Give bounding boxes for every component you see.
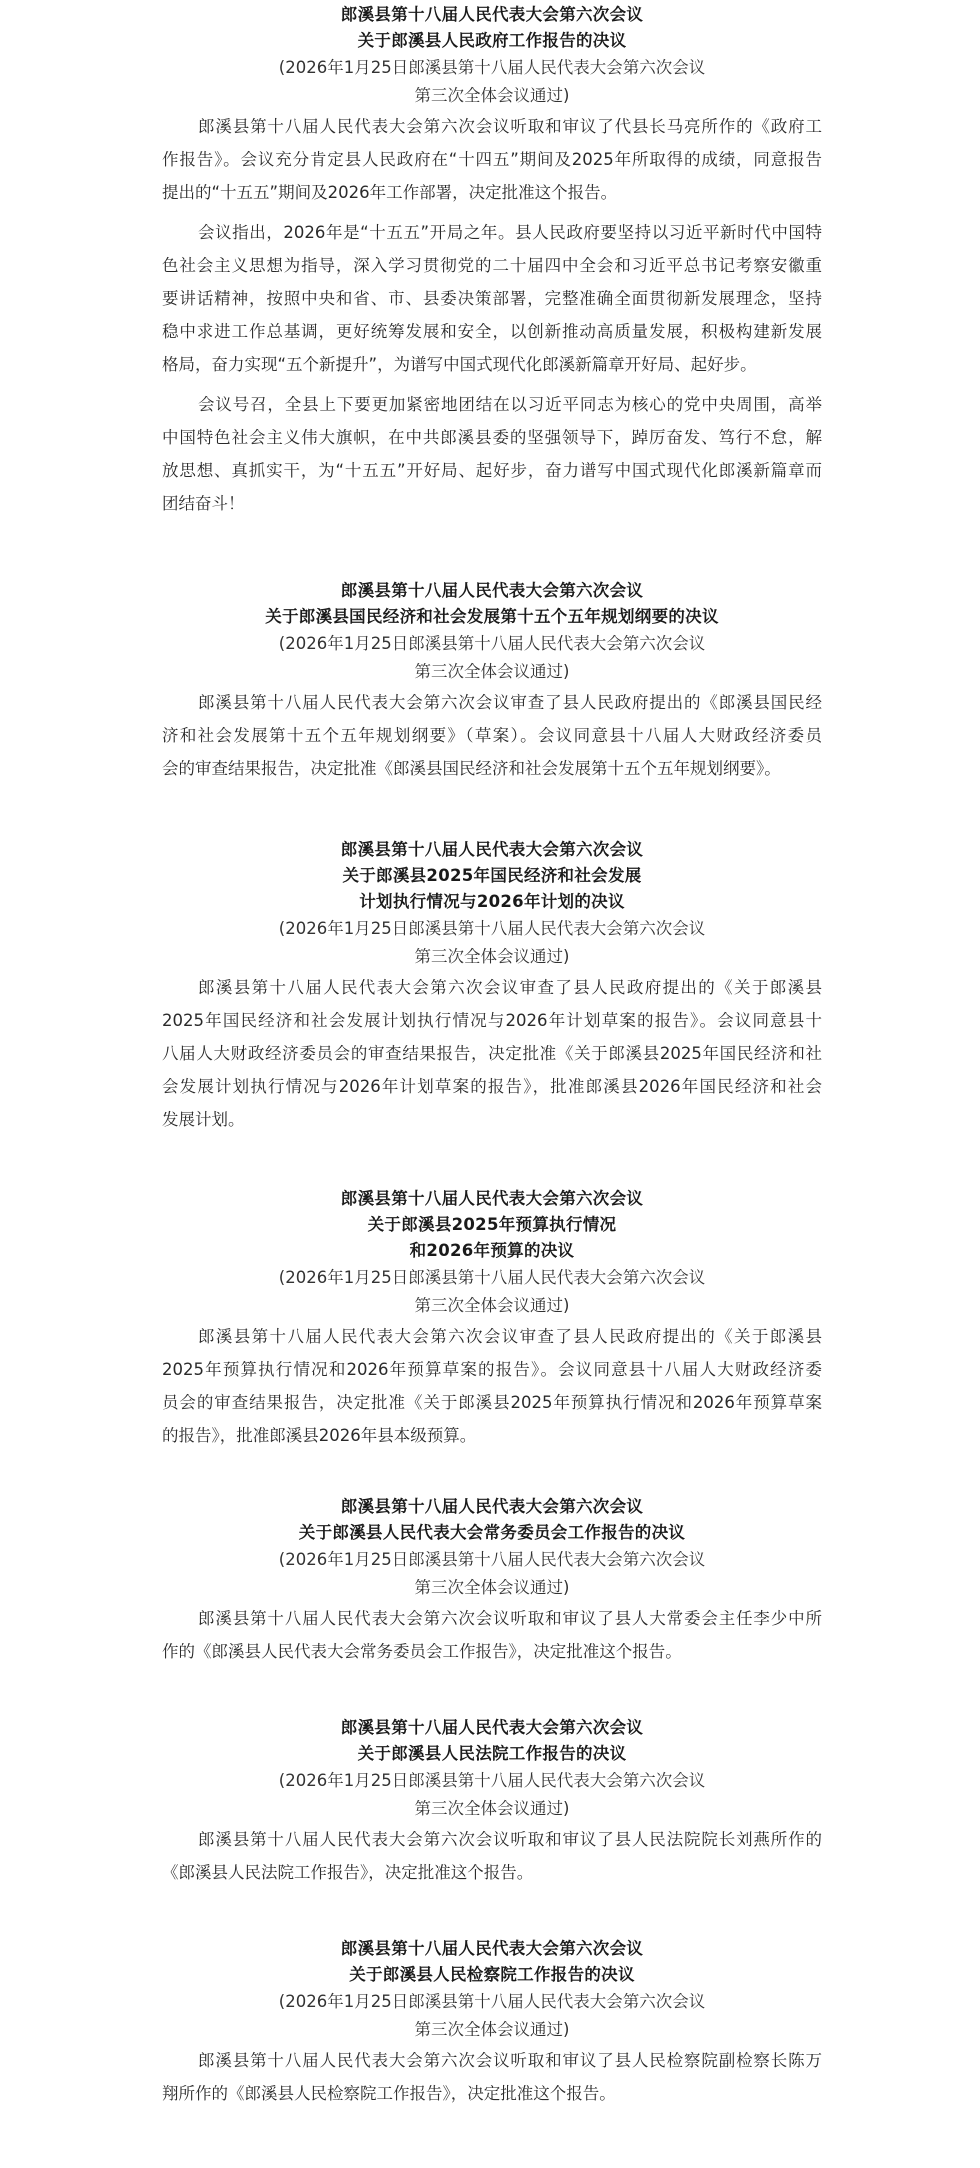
resolution-section: 郎溪县第十八届人民代表大会第六次会议关于郎溪县2025年国民经济和社会发展计划执… — [162, 837, 822, 1136]
resolution-section: 郎溪县第十八届人民代表大会第六次会议关于郎溪县国民经济和社会发展第十五个五年规划… — [162, 578, 822, 785]
adoption-note: (2026年1月25日郎溪县第十八届人民代表大会第六次会议 — [162, 630, 822, 658]
paragraph-line: 会发展计划执行情况与2026年计划草案的报告》，批准郎溪县2026年国民经济和社… — [162, 1070, 822, 1103]
body-paragraph: 会议指出，2026年是“十五五”开局之年。县人民政府要坚持以习近平新时代中国特色… — [162, 216, 822, 381]
paragraph-line: 济和社会发展第十五个五年规划纲要》（草案）。会议同意县十八届人大财政经济委员 — [162, 719, 822, 752]
paragraph-line: 发展计划。 — [162, 1103, 822, 1136]
adoption-note: (2026年1月25日郎溪县第十八届人民代表大会第六次会议 — [162, 1264, 822, 1292]
paragraph-line: 稳中求进工作总基调，更好统筹发展和安全，以创新推动高质量发展，积极构建新发展 — [162, 315, 822, 348]
resolution-title: 关于郎溪县国民经济和社会发展第十五个五年规划纲要的决议 — [162, 604, 822, 630]
paragraph-line: 会议指出，2026年是“十五五”开局之年。县人民政府要坚持以习近平新时代中国特 — [162, 216, 822, 249]
adoption-note: 第三次全体会议通过) — [162, 1795, 822, 1823]
session-heading: 郎溪县第十八届人民代表大会第六次会议 — [162, 1715, 822, 1741]
paragraph-line: 会议号召，全县上下要更加紧密地团结在以习近平同志为核心的党中央周围，高举 — [162, 388, 822, 421]
adoption-note: (2026年1月25日郎溪县第十八届人民代表大会第六次会议 — [162, 1546, 822, 1574]
resolution-section: 郎溪县第十八届人民代表大会第六次会议关于郎溪县人民法院工作报告的决议(2026年… — [162, 1715, 822, 1889]
adoption-note: (2026年1月25日郎溪县第十八届人民代表大会第六次会议 — [162, 915, 822, 943]
paragraph-line: 中国特色社会主义伟大旗帜，在中共郎溪县委的坚强领导下，踔厉奋发、笃行不怠，解 — [162, 421, 822, 454]
adoption-note: (2026年1月25日郎溪县第十八届人民代表大会第六次会议 — [162, 54, 822, 82]
body-paragraph: 郎溪县第十八届人民代表大会第六次会议听取和审议了代县长马亮所作的《政府工作报告》… — [162, 110, 822, 209]
paragraph-line: 会的审查结果报告，决定批准《郎溪县国民经济和社会发展第十五个五年规划纲要》。 — [162, 752, 822, 785]
resolution-section: 郎溪县第十八届人民代表大会第六次会议关于郎溪县人民政府工作报告的决议(2026年… — [162, 2, 822, 520]
paragraph-line: 郎溪县第十八届人民代表大会第六次会议听取和审议了县人民检察院副检察长陈万 — [162, 2044, 822, 2077]
paragraph-line: 《郎溪县人民法院工作报告》，决定批准这个报告。 — [162, 1856, 822, 1889]
session-heading: 郎溪县第十八届人民代表大会第六次会议 — [162, 578, 822, 604]
resolution-section: 郎溪县第十八届人民代表大会第六次会议关于郎溪县2025年预算执行情况和2026年… — [162, 1186, 822, 1452]
paragraph-line: 作报告》。会议充分肯定县人民政府在“十四五”期间及2025年所取得的成绩，同意报… — [162, 143, 822, 176]
paragraph-line: 放思想、真抓实干，为“十五五”开好局、起好步，奋力谱写中国式现代化郎溪新篇章而 — [162, 454, 822, 487]
body-paragraph: 郎溪县第十八届人民代表大会第六次会议审查了县人民政府提出的《郎溪县国民经济和社会… — [162, 686, 822, 785]
paragraph-line: 员会的审查结果报告，决定批准《关于郎溪县2025年预算执行情况和2026年预算草… — [162, 1386, 822, 1419]
paragraph-line: 作的《郎溪县人民代表大会常务委员会工作报告》，决定批准这个报告。 — [162, 1635, 822, 1668]
adoption-note: 第三次全体会议通过) — [162, 1292, 822, 1320]
paragraph-line: 的报告》，批准郎溪县2026年县本级预算。 — [162, 1419, 822, 1452]
adoption-note: (2026年1月25日郎溪县第十八届人民代表大会第六次会议 — [162, 1988, 822, 2016]
session-heading: 郎溪县第十八届人民代表大会第六次会议 — [162, 2, 822, 28]
session-heading: 郎溪县第十八届人民代表大会第六次会议 — [162, 1186, 822, 1212]
body-paragraph: 郎溪县第十八届人民代表大会第六次会议听取和审议了县人民检察院副检察长陈万翔所作的… — [162, 2044, 822, 2110]
resolution-title: 关于郎溪县人民法院工作报告的决议 — [162, 1741, 822, 1767]
adoption-note: 第三次全体会议通过) — [162, 2016, 822, 2044]
paragraph-line: 要讲话精神，按照中央和省、市、县委决策部署，完整准确全面贯彻新发展理念，坚持 — [162, 282, 822, 315]
paragraph-line: 郎溪县第十八届人民代表大会第六次会议审查了县人民政府提出的《郎溪县国民经 — [162, 686, 822, 719]
paragraph-line: 2025年国民经济和社会发展计划执行情况与2026年计划草案的报告》。会议同意县… — [162, 1004, 822, 1037]
paragraph-line: 八届人大财政经济委员会的审查结果报告，决定批准《关于郎溪县2025年国民经济和社 — [162, 1037, 822, 1070]
paragraph-line: 格局，奋力实现“五个新提升”，为谱写中国式现代化郎溪新篇章开好局、起好步。 — [162, 348, 822, 381]
resolution-section: 郎溪县第十八届人民代表大会第六次会议关于郎溪县人民代表大会常务委员会工作报告的决… — [162, 1494, 822, 1668]
adoption-note: 第三次全体会议通过) — [162, 658, 822, 686]
body-paragraph: 郎溪县第十八届人民代表大会第六次会议听取和审议了县人大常委会主任李少中所作的《郎… — [162, 1602, 822, 1668]
body-paragraph: 郎溪县第十八届人民代表大会第六次会议听取和审议了县人民法院院长刘燕所作的《郎溪县… — [162, 1823, 822, 1889]
resolution-title: 和2026年预算的决议 — [162, 1238, 822, 1264]
body-paragraph: 郎溪县第十八届人民代表大会第六次会议审查了县人民政府提出的《关于郎溪县2025年… — [162, 1320, 822, 1452]
resolution-title: 关于郎溪县人民检察院工作报告的决议 — [162, 1962, 822, 1988]
paragraph-line: 提出的“十五五”期间及2026年工作部署，决定批准这个报告。 — [162, 176, 822, 209]
session-heading: 郎溪县第十八届人民代表大会第六次会议 — [162, 837, 822, 863]
body-paragraph: 郎溪县第十八届人民代表大会第六次会议审查了县人民政府提出的《关于郎溪县2025年… — [162, 971, 822, 1136]
paragraph-line: 郎溪县第十八届人民代表大会第六次会议审查了县人民政府提出的《关于郎溪县 — [162, 1320, 822, 1353]
adoption-note: 第三次全体会议通过) — [162, 943, 822, 971]
adoption-note: 第三次全体会议通过) — [162, 82, 822, 110]
session-heading: 郎溪县第十八届人民代表大会第六次会议 — [162, 1936, 822, 1962]
resolution-title: 关于郎溪县人民代表大会常务委员会工作报告的决议 — [162, 1520, 822, 1546]
resolution-title: 关于郎溪县人民政府工作报告的决议 — [162, 28, 822, 54]
adoption-note: (2026年1月25日郎溪县第十八届人民代表大会第六次会议 — [162, 1767, 822, 1795]
paragraph-line: 色社会主义思想为指导，深入学习贯彻党的二十届四中全会和习近平总书记考察安徽重 — [162, 249, 822, 282]
adoption-note: 第三次全体会议通过) — [162, 1574, 822, 1602]
paragraph-line: 团结奋斗！ — [162, 487, 822, 520]
body-paragraph: 会议号召，全县上下要更加紧密地团结在以习近平同志为核心的党中央周围，高举中国特色… — [162, 388, 822, 520]
resolution-title: 关于郎溪县2025年预算执行情况 — [162, 1212, 822, 1238]
paragraph-line: 郎溪县第十八届人民代表大会第六次会议听取和审议了县人民法院院长刘燕所作的 — [162, 1823, 822, 1856]
paragraph-line: 郎溪县第十八届人民代表大会第六次会议听取和审议了县人大常委会主任李少中所 — [162, 1602, 822, 1635]
paragraph-line: 郎溪县第十八届人民代表大会第六次会议审查了县人民政府提出的《关于郎溪县 — [162, 971, 822, 1004]
resolution-title: 计划执行情况与2026年计划的决议 — [162, 889, 822, 915]
resolution-section: 郎溪县第十八届人民代表大会第六次会议关于郎溪县人民检察院工作报告的决议(2026… — [162, 1936, 822, 2110]
session-heading: 郎溪县第十八届人民代表大会第六次会议 — [162, 1494, 822, 1520]
resolution-title: 关于郎溪县2025年国民经济和社会发展 — [162, 863, 822, 889]
paragraph-line: 郎溪县第十八届人民代表大会第六次会议听取和审议了代县长马亮所作的《政府工 — [162, 110, 822, 143]
paragraph-line: 2025年预算执行情况和2026年预算草案的报告》。会议同意县十八届人大财政经济… — [162, 1353, 822, 1386]
paragraph-line: 翔所作的《郎溪县人民检察院工作报告》，决定批准这个报告。 — [162, 2077, 822, 2110]
